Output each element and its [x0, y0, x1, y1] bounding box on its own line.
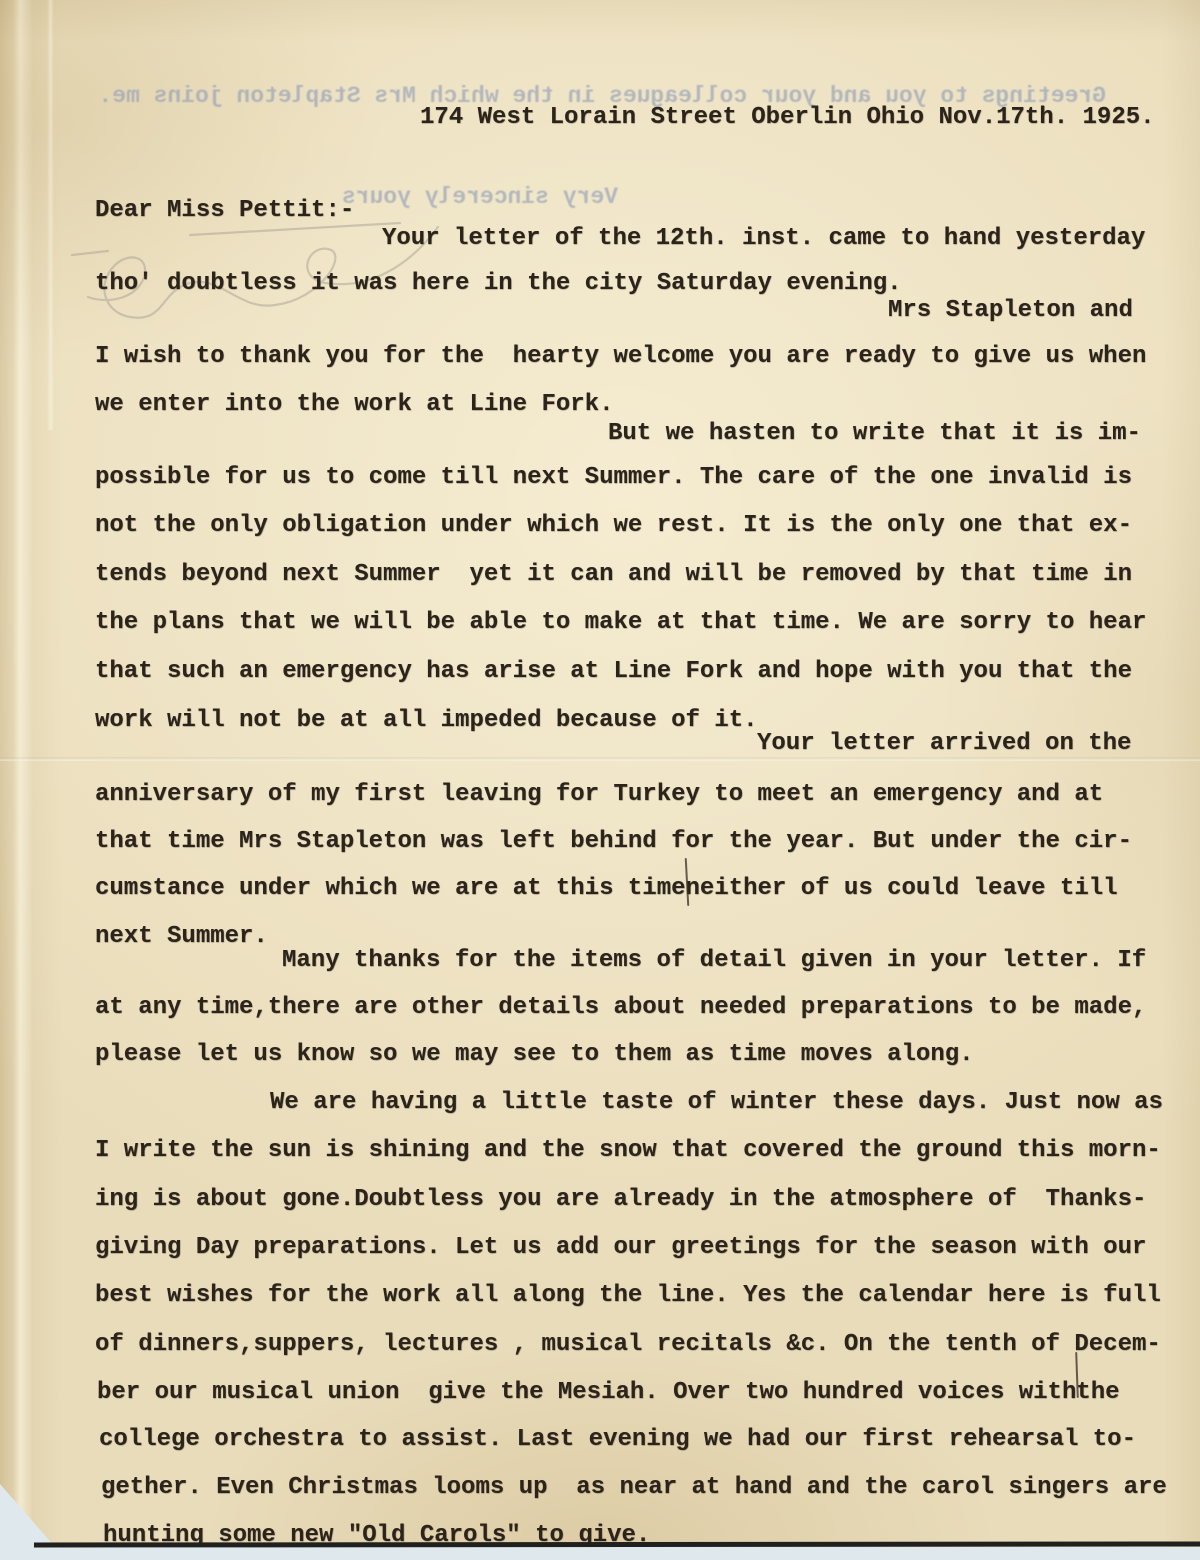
- letter-line: ing is about gone.Doubtless you are alre…: [95, 1185, 1146, 1215]
- letter-line: the plans that we will be able to make a…: [95, 608, 1146, 638]
- letter-line: I wish to thank you for the hearty welco…: [95, 342, 1146, 372]
- letter-line: not the only obligation under which we r…: [95, 511, 1132, 541]
- letter-line: that such an emergency has arise at Line…: [95, 657, 1132, 687]
- letter-line: But we hasten to write that it is im-: [608, 419, 1141, 449]
- letter-line: I write the sun is shining and the snow …: [95, 1136, 1161, 1166]
- letter-line: tho' doubtless it was here in the city S…: [95, 269, 902, 299]
- letter-line: Many thanks for the items of detail give…: [282, 946, 1146, 976]
- letter-line: that time Mrs Stapleton was left behind …: [95, 827, 1132, 857]
- letter-line: Mrs Stapleton and: [888, 296, 1133, 326]
- letter-line: We are having a little taste of winter t…: [270, 1088, 1163, 1118]
- letter-line: at any time,there are other details abou…: [95, 993, 1146, 1023]
- letter-line: anniversary of my first leaving for Turk…: [95, 780, 1103, 810]
- letter-line: Your letter arrived on the: [757, 729, 1131, 759]
- bleed-through-text: Very sincerely yours: [330, 183, 618, 211]
- letter-line: best wishes for the work all along the l…: [95, 1281, 1161, 1311]
- letter-line: Your letter of the 12th. inst. came to h…: [382, 224, 1145, 254]
- letter-line: work will not be at all impeded because …: [95, 706, 758, 736]
- letter-line: gether. Even Christmas looms up as near …: [101, 1473, 1167, 1503]
- letter-line: ber our musical union give the Mesiah. O…: [97, 1378, 1120, 1408]
- letter-line: 174 West Lorain Street Oberlin Ohio Nov.…: [420, 103, 1155, 133]
- letter-line: possible for us to come till next Summer…: [95, 463, 1132, 493]
- page-edge-shadow: [34, 1541, 1200, 1547]
- vertical-crease: [47, 0, 54, 430]
- letter-line: Dear Miss Pettit:-: [95, 196, 354, 226]
- letter-line: we enter into the work at Line Fork.: [95, 390, 613, 420]
- letter-page: Greetings to you and your colleagues in …: [0, 0, 1200, 1547]
- letter-line: college orchestra to assist. Last evenin…: [99, 1425, 1136, 1455]
- letter-line: please let us know so we may see to them…: [95, 1040, 974, 1070]
- letter-line: of dinners,suppers, lectures , musical r…: [95, 1330, 1161, 1360]
- scanned-letter: Greetings to you and your colleagues in …: [0, 0, 1200, 1560]
- letter-line: next Summer.: [95, 922, 268, 952]
- letter-line: cumstance under which we are at this tim…: [95, 874, 1118, 904]
- letter-line: giving Day preparations. Let us add our …: [95, 1233, 1146, 1263]
- letter-line: tends beyond next Summer yet it can and …: [95, 560, 1132, 590]
